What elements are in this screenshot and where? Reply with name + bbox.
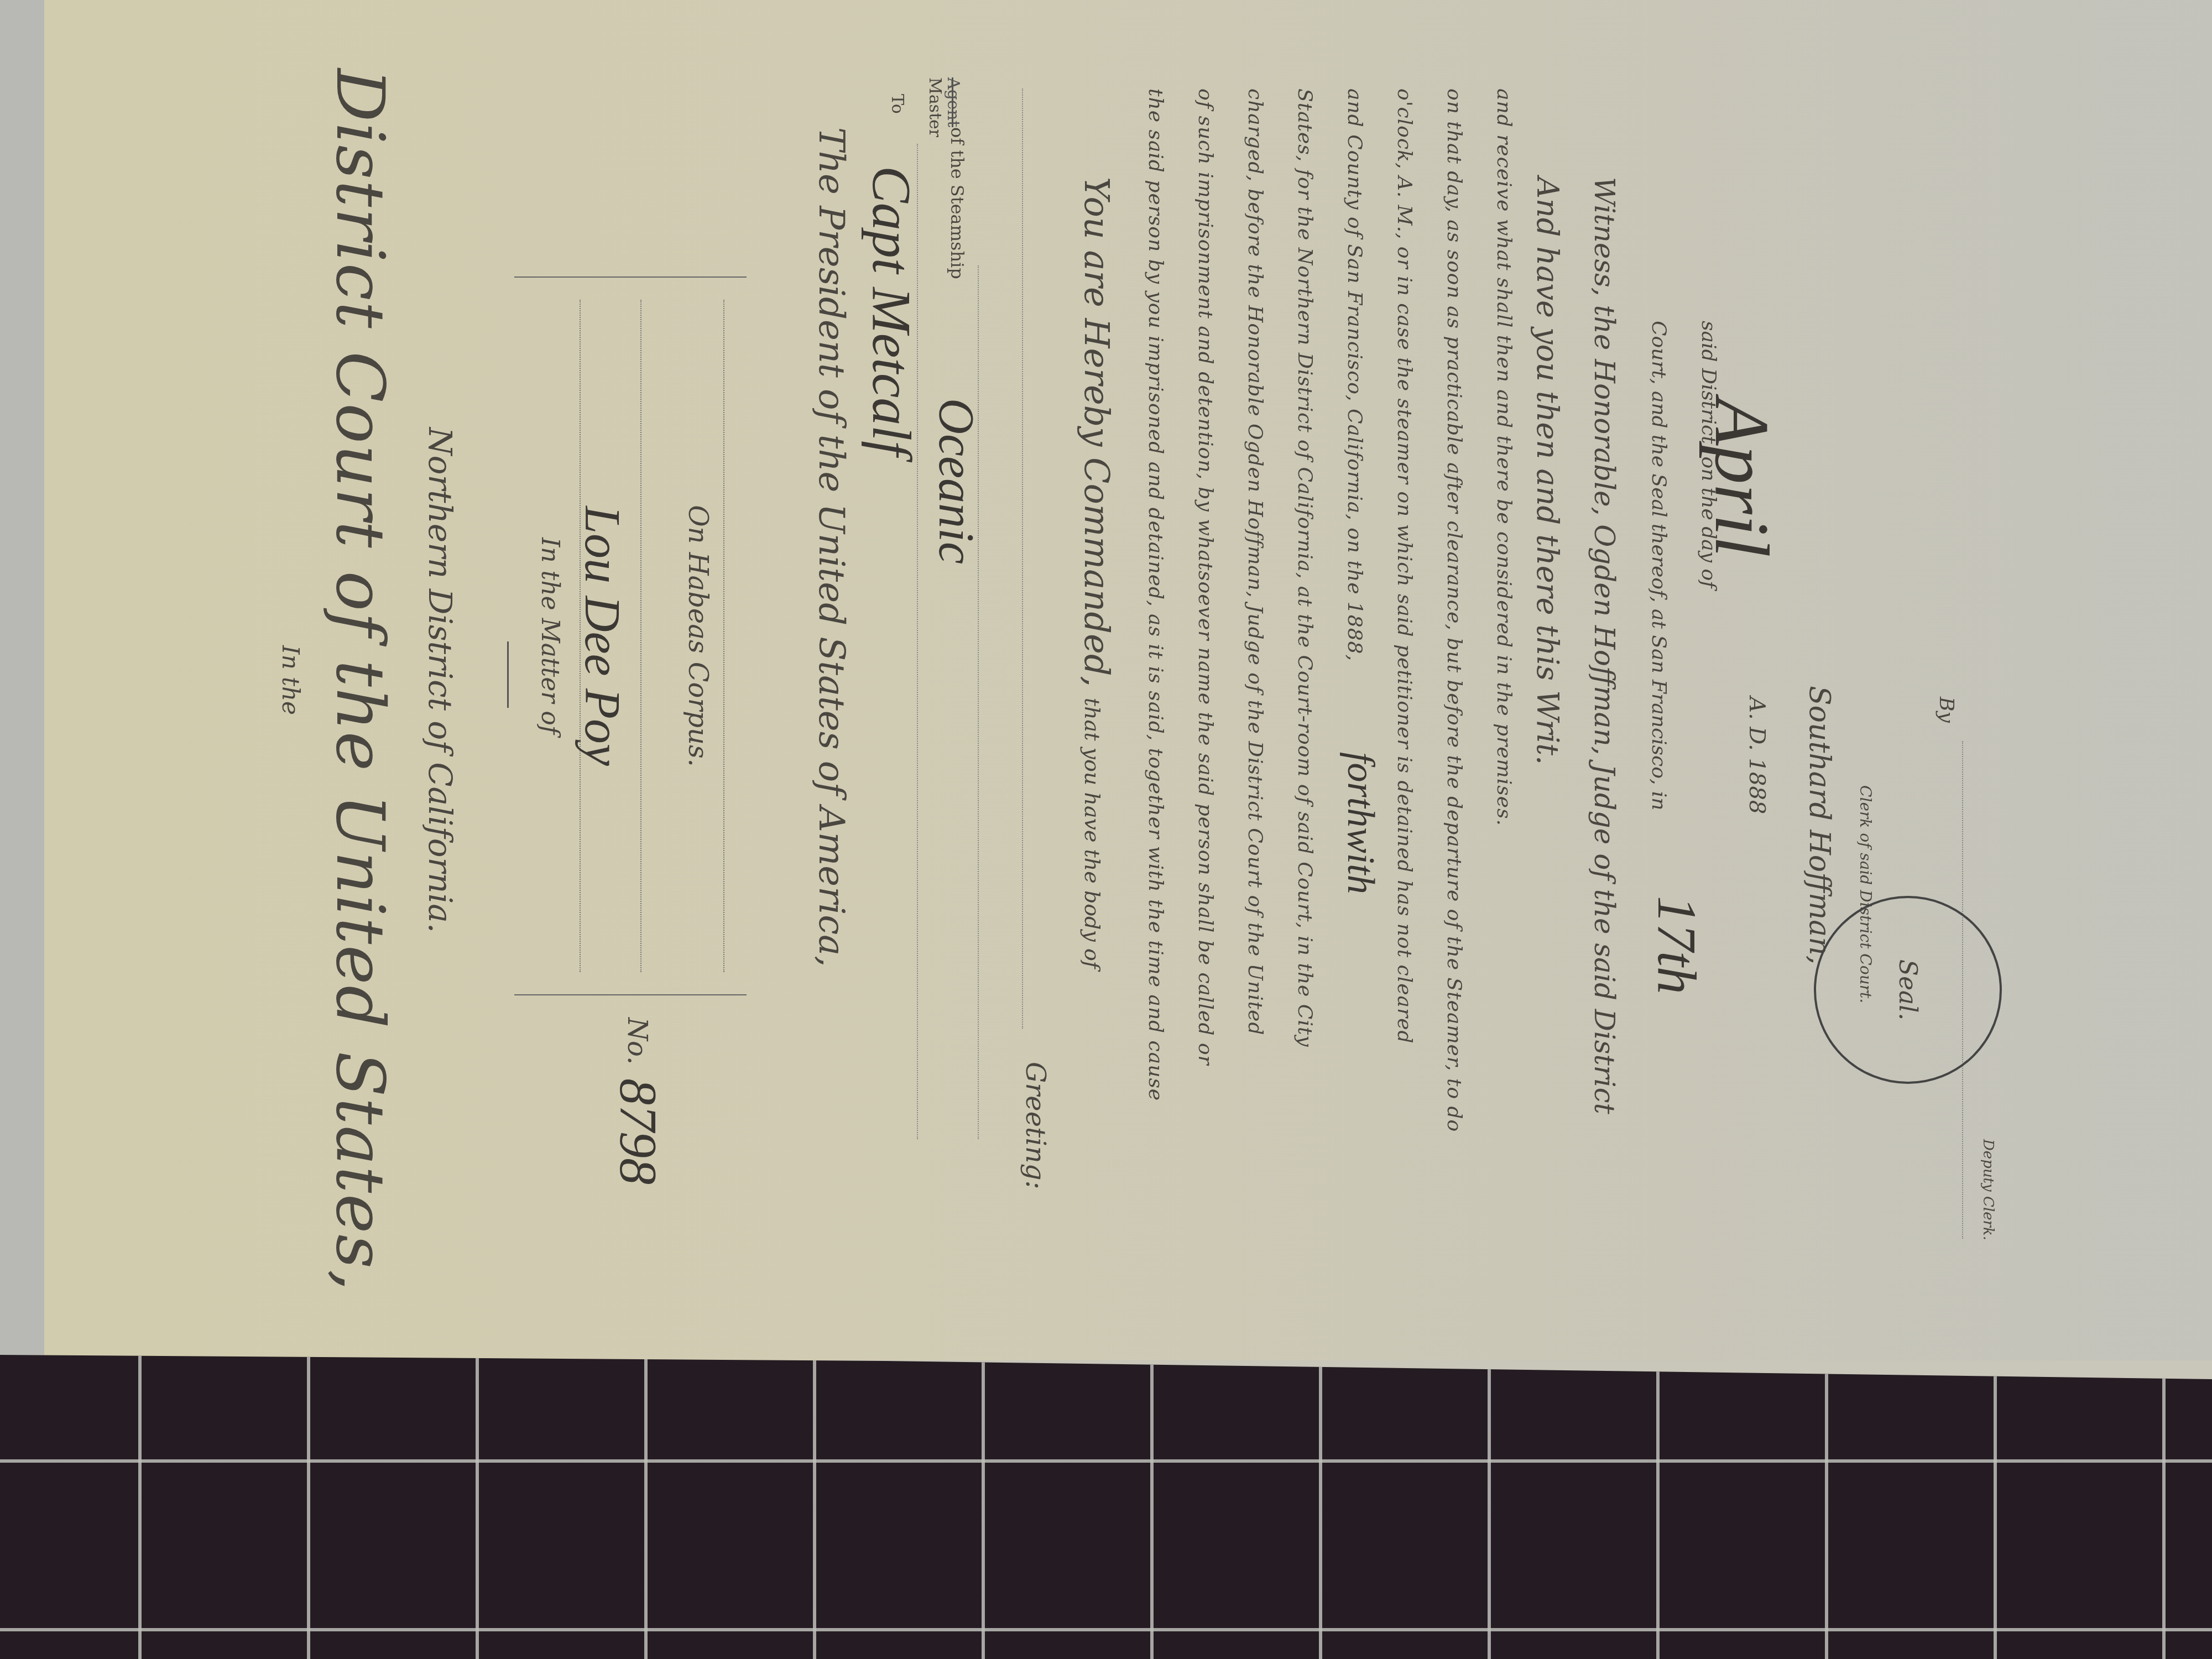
court-seal-line: Court, and the Seal thereof, at San Fran… [1647,321,1670,811]
in-the-label: In the [277,44,304,1316]
body-line: and receive what shall then and there be… [1493,88,1515,1277]
have-you-line: And have you then and there this Writ. [1530,177,1565,765]
matter-label: In the Matter of [536,278,564,994]
body-line: the said person by you imprisoned and de… [1144,88,1167,1277]
body-line: on that day, as soon as practicable afte… [1443,88,1465,1277]
court-title: District Court of the United States, [321,44,398,1316]
background-wall [0,0,44,1355]
agent-struck: Agent [943,77,963,127]
year-line: A. D. 1888 [1744,697,1770,814]
matter-box: In the Matter of Lou Dee Poy On Habeas C… [514,276,747,995]
by-label: By [1935,697,1958,723]
clerk-name: Southard Hoffman, [1803,686,1836,964]
rule-line [978,265,979,1139]
steamship-label: of the Steamship [947,127,968,279]
witness-line: Witness, the Honorable, Ogden Hoffman, J… [1588,177,1620,1114]
handwritten-month: April [1697,398,1786,557]
command-heading: You are Hereby Commanded, that you have … [1077,177,1117,969]
command-heading-text: You are Hereby Commanded, [1077,177,1117,687]
rule-line [1022,88,1023,1029]
command-heading-rest: that you have the body of [1080,698,1104,969]
divider [507,641,509,708]
master-label: Master [925,77,945,137]
body-line: States, for the Northern District of Cal… [1293,88,1316,1277]
rule-line [723,300,724,972]
body-line: and County of San Francisco, California,… [1343,88,1366,1277]
to-label: To [888,94,907,114]
handwritten-day: 17th [1645,896,1709,994]
seal-circle: Seal. [1814,896,2002,1084]
deputy-clerk-title: Deputy Clerk. [1980,1139,1996,1240]
case-number: 8798 [608,1078,669,1185]
handwritten-forthwith: forthwith [1338,752,1383,894]
addressee-name: Capt Metcalf [860,166,924,456]
rule-line [917,144,918,1139]
rule-line [640,300,641,972]
body-line: o'clock, A. M., or in case the steamer o… [1393,88,1416,1277]
petitioner-name: Lou Dee Poy [573,278,630,994]
body-line: of such imprisonment and detention, by w… [1194,88,1217,1277]
steamship-name: Oceanic [927,398,984,564]
greeting: Greeting: [1020,1062,1051,1190]
habeas-corpus-writ: In the District Court of the United Stat… [194,44,2046,1316]
proceeding-type: On Habeas Corpus. [682,278,713,994]
body-line: charged, before the Honorable Ogden Hoff… [1244,88,1266,1277]
tile-floor [0,1355,2212,1659]
seal-label: Seal. [1894,959,1922,1020]
case-number-label: No. [622,1018,653,1065]
district-name: Northern District of California. [421,44,459,1316]
president-line: The President of the United States of Am… [811,127,852,967]
